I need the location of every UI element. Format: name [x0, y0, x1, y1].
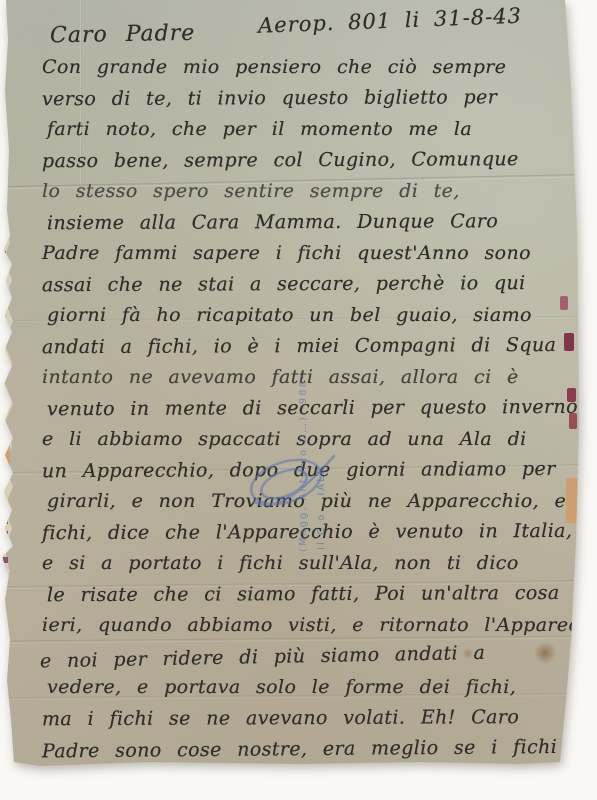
handwriting-line: vedere, e portava solo le forme dei fich…: [47, 676, 597, 707]
letter-date: Aerop. 801 li 31-8-43: [258, 2, 559, 37]
ink-stain: [462, 648, 474, 659]
handwriting-line: Padre fammi sapere i fichi quest'Anno so…: [42, 242, 597, 273]
perforation-marks: [3, 505, 8, 570]
handwriting-line: verso di te, ti invio questo biglietto p…: [42, 86, 597, 119]
handwriting-line: ma i fichi se ne avevano volati. Eh! Car…: [42, 706, 597, 739]
stamp-text-line: (Magg. Antonio D…) -988-: [298, 404, 309, 552]
handwriting-line: insieme alla Cara Mamma. Dunque Caro: [47, 210, 597, 243]
letter-paper: Aerop. 801 li 31-8-43 Caro Padre Con gra…: [0, 0, 597, 800]
handwriting-line: farti noto, che per il momento me la: [47, 118, 597, 149]
perforation-marks: [1, 238, 6, 338]
handwriting-line: passo bene, sempre col Cugino, Comunque: [42, 148, 597, 181]
handwriting-line: assai che ne stai a seccare, perchè io q…: [42, 272, 597, 305]
tape-residue: [560, 296, 568, 310]
handwriting-line: Con grande mio pensiero che ciò sempre: [42, 56, 597, 87]
tape-residue: [567, 388, 576, 402]
tape-residue: [566, 478, 578, 523]
handwriting-line: Padre sono cose nostre, era meglio se i …: [42, 736, 597, 772]
handwriting-line: andati a fichi, io è i miei Compagni di …: [42, 334, 597, 367]
tape-residue: [564, 333, 574, 351]
letter-salutation: Caro Padre: [50, 21, 196, 49]
stamp-text-line: Il C.o …IALE: [316, 400, 327, 550]
tape-residue: [569, 413, 577, 429]
censor-stamp: Il C.o …IALE (Magg. Antonio D…) -988-: [248, 398, 358, 553]
handwriting-line: le risate che ci siamo fatti, Poi un'alt…: [47, 582, 597, 615]
letter-paper-shadow: Aerop. 801 li 31-8-43 Caro Padre Con gra…: [0, 0, 597, 800]
scanned-letter: Aerop. 801 li 31-8-43 Caro Padre Con gra…: [0, 0, 597, 800]
handwriting-line: e si a portato i fichi sull'Ala, non ti …: [42, 552, 597, 583]
torn-edge-left: [0, 228, 15, 573]
handwriting-line: giorni fà ho ricapitato un bel guaio, si…: [47, 304, 597, 335]
ink-stain: [533, 642, 557, 664]
handwriting-line: intanto ne avevamo fatti assai, allora c…: [42, 366, 597, 397]
tape-residue: [0, 432, 10, 474]
handwriting-line: lo stesso spero sentire sempre di te,: [42, 180, 597, 211]
tape-residue: [0, 36, 4, 48]
